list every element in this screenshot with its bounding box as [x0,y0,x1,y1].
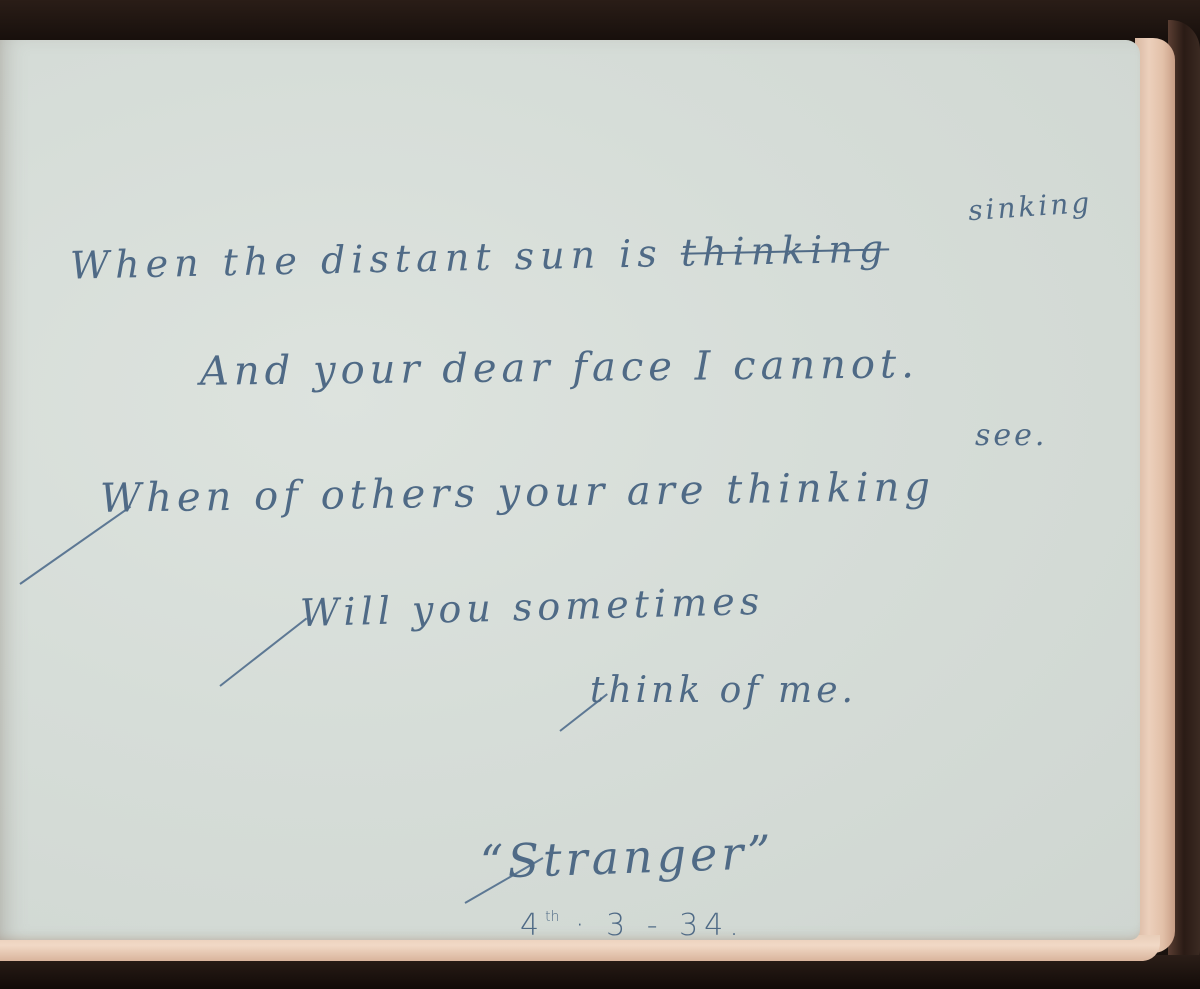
verse-line-4: Will you sometimes [300,579,765,635]
album-photo: sinking When the distant sun is thinking… [0,0,1200,989]
verse-struck-word: thinking [680,226,889,274]
signature-date: 4th · 3 - 34. [520,908,745,943]
verse-line-3: When of others your are thinking [100,464,936,522]
page-edge-right [1135,38,1175,953]
date-suffix: th [545,909,559,925]
pen-lead-stroke [219,617,307,686]
verse-line-2: And your dear face I cannot. [200,341,919,395]
verse-line-1-text: When the distant sun is [70,231,682,288]
signature: “Stranger” [479,825,775,889]
verse-line-5: think of me. [590,670,857,711]
date-day: 4 [520,908,545,943]
verse-line-1: When the distant sun is thinking [70,226,890,287]
date-rest: · 3 - 34. [575,908,745,943]
verse-line-2-continuation: see. [975,418,1047,453]
verse-correction-sinking: sinking [967,186,1093,228]
album-page: sinking When the distant sun is thinking… [0,40,1140,940]
